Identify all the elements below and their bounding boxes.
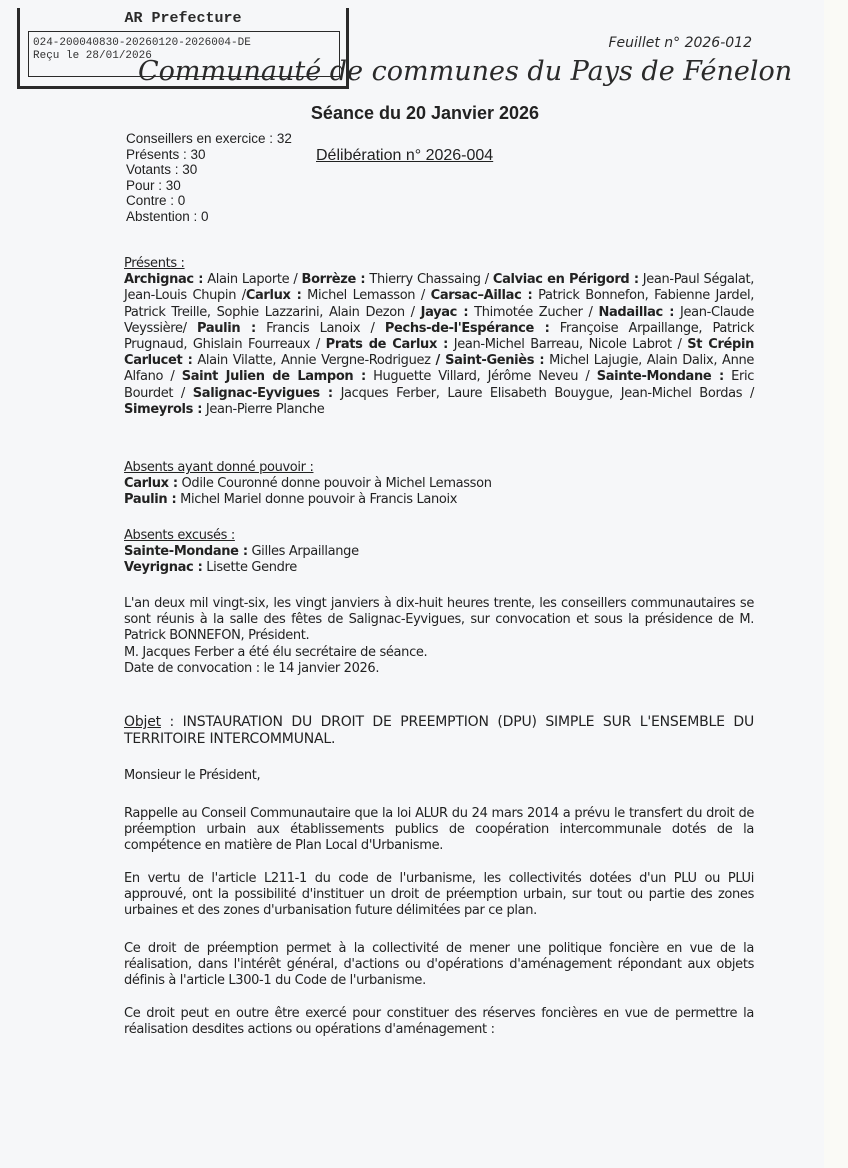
organization-title: Communauté de communes du Pays de Fénelo…	[138, 56, 698, 87]
excuse-entry-names: Gilles Arpaillange	[248, 544, 359, 559]
present-entry-commune: / Saint-Geniès :	[435, 353, 544, 368]
presents-heading: Présents :	[124, 256, 754, 272]
stamp-received-date: Reçu le 28/01/2026	[33, 50, 152, 62]
body-paragraph-4: Ce droit peut en outre être exercé pour …	[124, 1006, 754, 1038]
salutation: Monsieur le Président,	[124, 768, 754, 784]
count-presents: Présents : 30	[126, 147, 292, 163]
preamble-section: L'an deux mil vingt-six, les vingt janvi…	[124, 596, 754, 677]
present-entry-commune: Prats de Carlux :	[326, 337, 448, 352]
present-entry-names: Thierry Chassaing /	[365, 272, 493, 287]
present-entry-names: Alain Laporte /	[203, 272, 301, 287]
present-entry-commune: Salignac-Eyvigues :	[193, 386, 333, 401]
absents-pouvoir-list: Carlux : Odile Couronné donne pouvoir à …	[124, 476, 754, 508]
body-paragraph-1: Rappelle au Conseil Communautaire que la…	[124, 806, 754, 855]
absents-excuses-section: Absents excusés : Sainte-Mondane : Gille…	[124, 528, 754, 577]
count-pour: Pour : 30	[126, 178, 292, 194]
excuse-entry-commune: Sainte-Mondane :	[124, 544, 248, 559]
pouvoir-entry: Paulin : Michel Mariel donne pouvoir à F…	[124, 492, 754, 508]
present-entry-names: Huguette Villard, Jérôme Neveu /	[366, 369, 597, 384]
objet-separator: :	[161, 714, 183, 730]
present-entry-names: Francis Lanoix /	[256, 321, 385, 336]
present-entry-names: Michel Lemasson /	[301, 288, 430, 303]
absents-excuses-heading: Absents excusés :	[124, 528, 754, 544]
count-conseillers: Conseillers en exercice : 32	[126, 131, 292, 147]
objet-text: INSTAURATION DU DROIT DE PREEMPTION (DPU…	[124, 714, 754, 747]
present-entry-names: Alain Vilatte, Annie Vergne-Rodriguez	[192, 353, 435, 368]
present-entry-commune: Calviac en Périgord :	[493, 272, 639, 287]
count-contre: Contre : 0	[126, 193, 292, 209]
body-paragraph-2: En vertu de l'article L211-1 du code de …	[124, 871, 754, 920]
count-votants: Votants : 30	[126, 162, 292, 178]
present-entry-names: Thimotée Zucher /	[468, 305, 598, 320]
present-entry-commune: Archignac :	[124, 272, 203, 287]
objet-label: Objet	[124, 714, 161, 730]
pouvoir-entry-commune: Carlux :	[124, 476, 178, 491]
present-entry-commune: Carlux :	[246, 288, 302, 303]
presents-list: Archignac : Alain Laporte / Borrèze : Th…	[124, 272, 754, 418]
session-title: Séance du 20 Janvier 2026	[240, 103, 610, 124]
present-entry-commune: Saint Julien de Lampon :	[182, 369, 366, 384]
present-entry-names: Jean-Michel Barreau, Nicole Labrot /	[448, 337, 687, 352]
pouvoir-entry: Carlux : Odile Couronné donne pouvoir à …	[124, 476, 754, 492]
body-paragraph-3: Ce droit de préemption permet à la colle…	[124, 941, 754, 990]
count-abstention: Abstention : 0	[126, 209, 292, 225]
convocation-date: Date de convocation : le 14 janvier 2026…	[124, 661, 754, 677]
present-entry-names: Jacques Ferber, Laure Elisabeth Bouygue,…	[333, 386, 754, 401]
present-entry-commune: Pechs-de-l'Espérance :	[385, 321, 550, 336]
secretary-line: M. Jacques Ferber a été élu secrétaire d…	[124, 645, 754, 661]
stamp-title: AR Prefecture	[20, 10, 346, 27]
present-entry-commune: Paulin :	[197, 321, 256, 336]
objet-section: Objet : INSTAURATION DU DROIT DE PREEMPT…	[124, 714, 754, 748]
excuse-entry: Veyrignac : Lisette Gendre	[124, 560, 754, 576]
present-entry-names: Jean-Pierre Planche	[202, 402, 324, 417]
present-entry-commune: Nadaillac :	[598, 305, 674, 320]
present-entry-commune: Sainte-Mondane :	[597, 369, 724, 384]
excuse-entry-commune: Veyrignac :	[124, 560, 202, 575]
absents-excuses-list: Sainte-Mondane : Gilles ArpaillangeVeyri…	[124, 544, 754, 576]
present-entry-commune: Carsac–Aillac :	[431, 288, 533, 303]
presents-section: Présents : Archignac : Alain Laporte / B…	[124, 256, 754, 418]
pouvoir-entry-commune: Paulin :	[124, 492, 176, 507]
feuillet-number: Feuillet n° 2026-012	[609, 35, 753, 51]
preamble-paragraph: L'an deux mil vingt-six, les vingt janvi…	[124, 596, 754, 645]
document-page: AR Prefecture 024-200040830-20260120-202…	[0, 0, 848, 1168]
pouvoir-entry-names: Odile Couronné donne pouvoir à Michel Le…	[178, 476, 492, 491]
absents-pouvoir-heading: Absents ayant donné pouvoir :	[124, 460, 754, 476]
excuse-entry-names: Lisette Gendre	[202, 560, 296, 575]
present-entry-commune: Borrèze :	[302, 272, 366, 287]
pouvoir-entry-names: Michel Mariel donne pouvoir à Francis La…	[176, 492, 457, 507]
present-entry-commune: Jayac :	[421, 305, 469, 320]
absents-pouvoir-section: Absents ayant donné pouvoir : Carlux : O…	[124, 460, 754, 509]
scan-margin	[824, 0, 848, 1168]
stamp-reference: 024-200040830-20260120-2026004-DE	[33, 37, 251, 49]
excuse-entry: Sainte-Mondane : Gilles Arpaillange	[124, 544, 754, 560]
deliberation-number: Délibération n° 2026-004	[316, 147, 493, 165]
present-entry-commune: Simeyrols :	[124, 402, 202, 417]
vote-counts: Conseillers en exercice : 32 Présents : …	[126, 131, 292, 224]
